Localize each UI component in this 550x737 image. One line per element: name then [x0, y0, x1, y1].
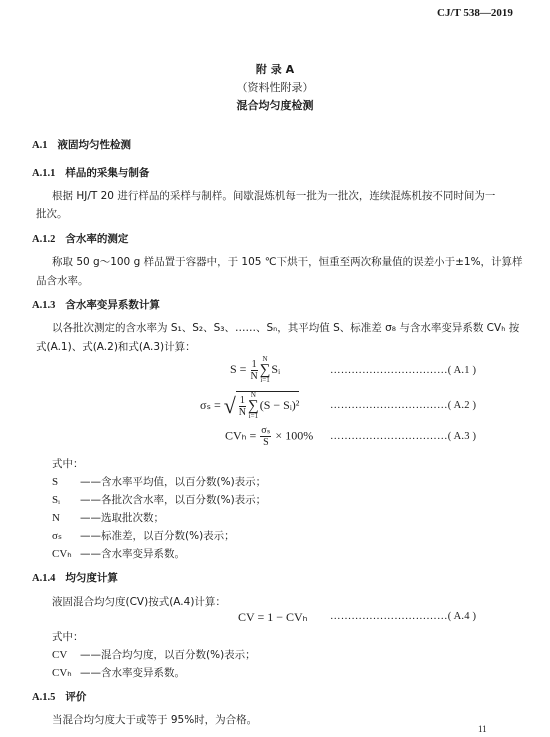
formula-rhs: × 100% — [275, 428, 313, 442]
paragraph-line: 液固混合均匀度(CV)按式(A.4)计算： — [52, 594, 226, 609]
appendix-type: （资料性附录） — [0, 79, 550, 95]
section-heading-a14: A.1.4均匀度计算 — [32, 570, 118, 585]
paragraph-line: 当混合均匀度大于或等于 95%时，为合格。 — [52, 712, 257, 727]
section-number: A.1.3 — [32, 300, 55, 311]
formula-rhs: (S − Sᵢ)² — [260, 398, 300, 412]
definition-row: S——含水率平均值，以百分数(%)表示； — [52, 474, 266, 489]
sigma-icon: ∑ — [260, 363, 271, 377]
denominator: N — [250, 371, 257, 382]
formula-a3: CVₕ = σₛS × 100% — [225, 425, 313, 448]
definition-row: CVₕ——含水率变异系数。 — [52, 546, 185, 561]
standard-code: CJ/T 538—2019 — [437, 7, 513, 19]
section-title: 含水率变异系数计算 — [65, 299, 160, 311]
formula-a2: σₛ = √1NN∑i=1(S − Sᵢ)² — [200, 391, 299, 420]
definition-row: Sᵢ——各批次含水率，以百分数(%)表示； — [52, 492, 266, 507]
equation-number: ……………………………( A.3 ) — [330, 431, 476, 442]
where-label: 式中： — [52, 456, 84, 471]
numerator: 1 — [239, 395, 246, 407]
summation: N∑i=1 — [248, 392, 259, 420]
formula-lhs: σₛ = — [200, 398, 221, 412]
definition-row: CVₕ——含水率变异系数。 — [52, 665, 185, 680]
definition-text: ——各批次含水率，以百分数(%)表示； — [80, 494, 266, 506]
fraction: 1N — [250, 359, 257, 382]
definition-symbol: CVₕ — [52, 666, 80, 679]
denominator: N — [239, 407, 246, 418]
definition-row: CV——混合均匀度，以百分数(%)表示； — [52, 647, 256, 662]
radicand: 1NN∑i=1(S − Sᵢ)² — [236, 391, 300, 420]
sum-lower: i=1 — [260, 377, 269, 384]
formula-lhs: S = — [230, 362, 246, 376]
page-number: 11 — [478, 724, 487, 734]
definition-symbol: σₛ — [52, 529, 80, 542]
section-heading-a1: A.1液固均匀性检测 — [32, 137, 131, 152]
numerator: σₛ — [260, 425, 271, 437]
summation: N∑i=1 — [260, 356, 271, 384]
denominator: S — [263, 437, 269, 448]
section-heading-a11: A.1.1样品的采集与制备 — [32, 165, 149, 180]
definition-text: ——混合均匀度，以百分数(%)表示； — [80, 649, 256, 661]
definition-symbol: N — [52, 512, 80, 524]
definition-text: ——含水率变异系数。 — [80, 548, 185, 560]
section-title: 均匀度计算 — [65, 572, 118, 584]
definition-symbol: S — [52, 476, 80, 488]
section-heading-a12: A.1.2含水率的测定 — [32, 231, 128, 246]
definition-text: ——标准差，以百分数(%)表示； — [80, 530, 235, 542]
section-title: 评价 — [65, 691, 86, 703]
paragraph-line: 式(A.1)、式(A.2)和式(A.3)计算： — [36, 339, 196, 354]
section-heading-a13: A.1.3含水率变异系数计算 — [32, 297, 160, 312]
equation-number: ……………………………( A.2 ) — [330, 400, 476, 411]
definition-symbol: CVₕ — [52, 547, 80, 560]
section-number: A.1 — [32, 140, 47, 151]
definition-symbol: CV — [52, 649, 80, 661]
appendix-label: 附 录 A — [0, 61, 550, 77]
paragraph-line: 批次。 — [36, 206, 68, 221]
section-title: 液固均匀性检测 — [57, 139, 131, 151]
paragraph-line: 称取 50 g～100 g 样品置于容器中，于 105 ℃下烘干，恒重至两次称量… — [52, 254, 523, 269]
paragraph-line: 品含水率。 — [36, 273, 89, 288]
appendix-title: 混合均匀度检测 — [0, 97, 550, 113]
formula-a4: CV = 1 − CVₕ — [238, 610, 308, 625]
sum-lower: i=1 — [249, 413, 258, 420]
definition-text: ——含水率变异系数。 — [80, 667, 185, 679]
section-number: A.1.4 — [32, 573, 55, 584]
section-number: A.1.2 — [32, 234, 55, 245]
sqrt-icon: √ — [224, 393, 236, 418]
section-number: A.1.5 — [32, 692, 55, 703]
formula-lhs: CVₕ = — [225, 428, 256, 442]
section-title: 含水率的测定 — [65, 233, 128, 245]
equation-number: ……………………………( A.4 ) — [330, 611, 476, 622]
sigma-icon: ∑ — [248, 399, 259, 413]
definition-row: σₛ——标准差，以百分数(%)表示； — [52, 528, 235, 543]
fraction: 1N — [239, 395, 246, 418]
section-title: 样品的采集与制备 — [65, 167, 149, 179]
fraction: σₛS — [260, 425, 271, 448]
section-number: A.1.1 — [32, 168, 55, 179]
section-heading-a15: A.1.5评价 — [32, 689, 86, 704]
paragraph-line: 根据 HJ/T 20 进行样品的采样与制样。间歇混炼机每一批为一批次，连续混炼机… — [52, 188, 495, 203]
definition-row: N——选取批次数； — [52, 510, 164, 525]
formula-rhs: Sᵢ — [271, 362, 280, 376]
formula-a1: S = 1NN∑i=1Sᵢ — [230, 356, 280, 384]
where-label: 式中： — [52, 629, 84, 644]
definition-symbol: Sᵢ — [52, 494, 80, 506]
paragraph-line: 以各批次测定的含水率为 S₁、S₂、S₃、……、Sₙ，其平均值 S、标准差 σ₈… — [52, 320, 519, 335]
definition-text: ——选取批次数； — [80, 512, 164, 524]
definition-text: ——含水率平均值，以百分数(%)表示； — [80, 476, 266, 488]
numerator: 1 — [251, 359, 258, 371]
equation-number: ……………………………( A.1 ) — [330, 365, 476, 376]
